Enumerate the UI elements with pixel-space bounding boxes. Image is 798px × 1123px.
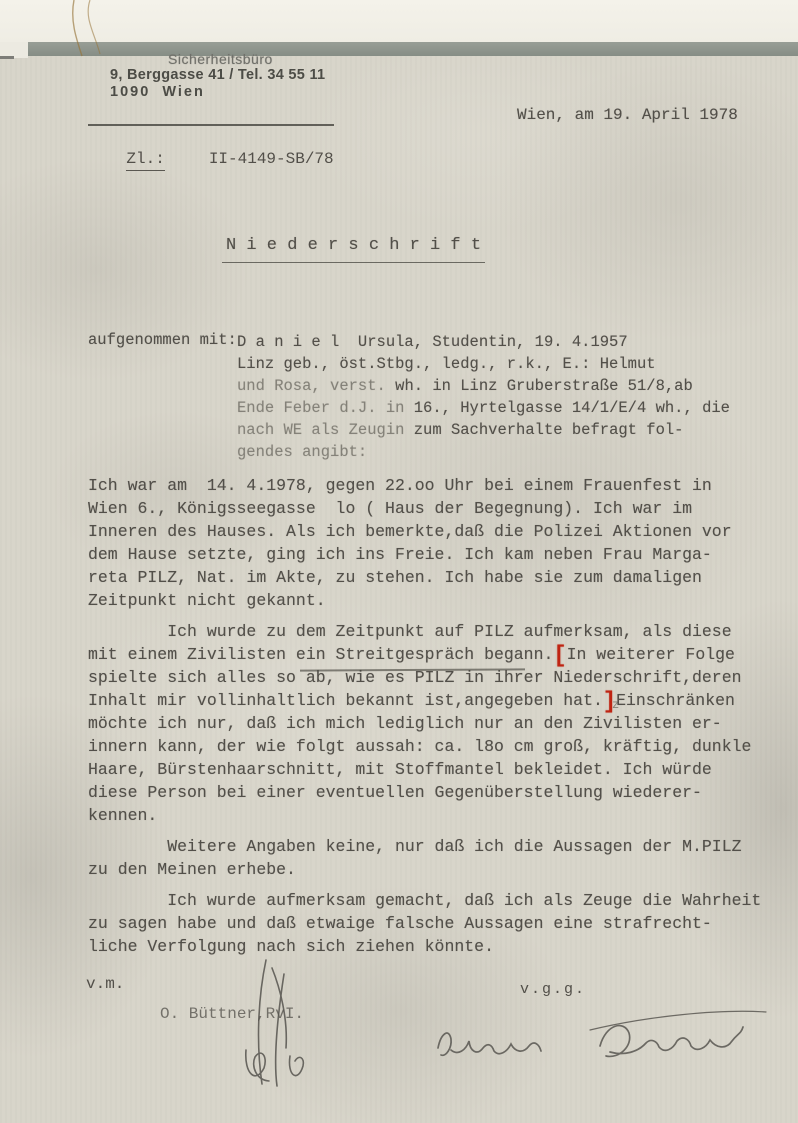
body-line: Wien 6., Königsseegasse lo ( Haus der Be…	[88, 497, 761, 520]
witness-detail-line: nach WE als Zeugin zum Sachverhalte befr…	[237, 419, 730, 441]
scan-edge-dash	[0, 56, 14, 59]
body-line: mit einem Zivilisten ein Streitgespräch …	[88, 643, 761, 666]
scan-edge-band	[28, 42, 798, 56]
body-text: mit einem Zivilisten ein Streitgespräch …	[88, 645, 553, 664]
clear-text: wh. in Linz Gruberstraße 51/8,ab	[395, 377, 693, 395]
clear-text: 16., Hyrtelgasse 14/1/E/4 wh., die	[414, 399, 730, 417]
clear-text: D a n i e l Ursula, Studentin, 19. 4.195…	[237, 333, 628, 351]
faded-text: und Rosa, verst.	[237, 377, 395, 395]
letterhead-city: 1090 Wien	[110, 84, 205, 100]
body-text: Einschränken	[616, 691, 735, 710]
body-line: reta PILZ, Nat. im Akte, zu stehen. Ich …	[88, 566, 761, 589]
faded-text: Ende Feber d.J. in	[237, 399, 414, 417]
scanned-document-page: Sicherheitsbüro 9, Berggasse 41 / Tel. 3…	[0, 0, 798, 1123]
body-line: Weitere Angaben keine, nur daß ich die A…	[88, 835, 761, 858]
reference-number: II-4149-SB/78	[209, 150, 334, 168]
signature-daniel	[428, 1000, 773, 1078]
statement-body: Ich war am 14. 4.1978, gegen 22.oo Uhr b…	[88, 474, 761, 958]
faded-text: nach WE als Zeugin	[237, 421, 414, 439]
signature-buettner	[228, 958, 318, 1090]
body-line: diese Person bei einer eventuellen Gegen…	[88, 781, 761, 804]
clear-text: zum Sachverhalte befragt fol-	[414, 421, 684, 439]
body-line: Ich war am 14. 4.1978, gegen 22.oo Uhr b…	[88, 474, 761, 497]
pen-marks-top-left	[60, 0, 120, 60]
body-line: Inneren des Hauses. Als ich bemerkte,daß…	[88, 520, 761, 543]
body-line: Zeitpunkt nicht gekannt.	[88, 589, 761, 612]
body-line: Ich wurde aufmerksam gemacht, daß ich al…	[88, 889, 761, 912]
body-line: Inhalt mir vollinhaltlich bekannt ist,an…	[88, 689, 761, 712]
witness-detail-line: gendes angibt:	[237, 441, 730, 463]
body-line: möchte ich nur, daß ich mich lediglich n…	[88, 712, 761, 735]
body-line: liche Verfolgung nach sich ziehen könnte…	[88, 935, 761, 958]
body-text: In weiterer Folge	[567, 645, 735, 664]
body-line: dem Hause setzte, ging ich ins Freie. Ic…	[88, 543, 761, 566]
clear-text: Linz geb., öst.Stbg., ledg., r.k., E.: H…	[237, 355, 656, 373]
body-line: zu sagen habe und daß etwaige falsche Au…	[88, 912, 761, 935]
letterhead-office-name: Sicherheitsbüro	[168, 51, 273, 67]
body-line: innern kann, der wie folgt aussah: ca. l…	[88, 735, 761, 758]
letterhead-divider	[88, 124, 334, 126]
body-line: zu den Meinen erhebe.	[88, 858, 761, 881]
body-line: kennen.	[88, 804, 761, 827]
reference-number-line: Zl.:II-4149-SB/78	[88, 132, 334, 186]
witness-detail-line: D a n i e l Ursula, Studentin, 19. 4.195…	[237, 331, 730, 353]
witness-detail-line: Ende Feber d.J. in 16., Hyrtelgasse 14/1…	[237, 397, 730, 419]
body-line: Ich wurde zu dem Zeitpunkt auf PILZ aufm…	[88, 620, 761, 643]
date-line: Wien, am 19. April 1978	[517, 106, 738, 124]
witness-detail-line: Linz geb., öst.Stbg., ledg., r.k., E.: H…	[237, 353, 730, 375]
body-text: Inhalt mir vollinhaltlich bekannt ist,an…	[88, 691, 603, 710]
document-title: N i e d e r s c h r i f t	[222, 236, 485, 263]
reference-label: Zl.:	[126, 150, 164, 171]
witness-detail-line: und Rosa, verst. wh. in Linz Gruberstraß…	[237, 375, 730, 397]
intake-label: aufgenommen mit:	[88, 331, 237, 349]
letterhead-address: 9, Berggasse 41 / Tel. 34 55 11	[110, 67, 325, 83]
vgg-abbreviation: v.g.g.	[520, 981, 586, 998]
pencil-z-annotation: z	[612, 698, 619, 712]
body-line: Haare, Bürstenhaarschnitt, mit Stoffmant…	[88, 758, 761, 781]
vm-abbreviation: v.m.	[86, 975, 124, 993]
witness-details-block: D a n i e l Ursula, Studentin, 19. 4.195…	[237, 331, 730, 463]
faded-text: gendes angibt:	[237, 443, 367, 461]
